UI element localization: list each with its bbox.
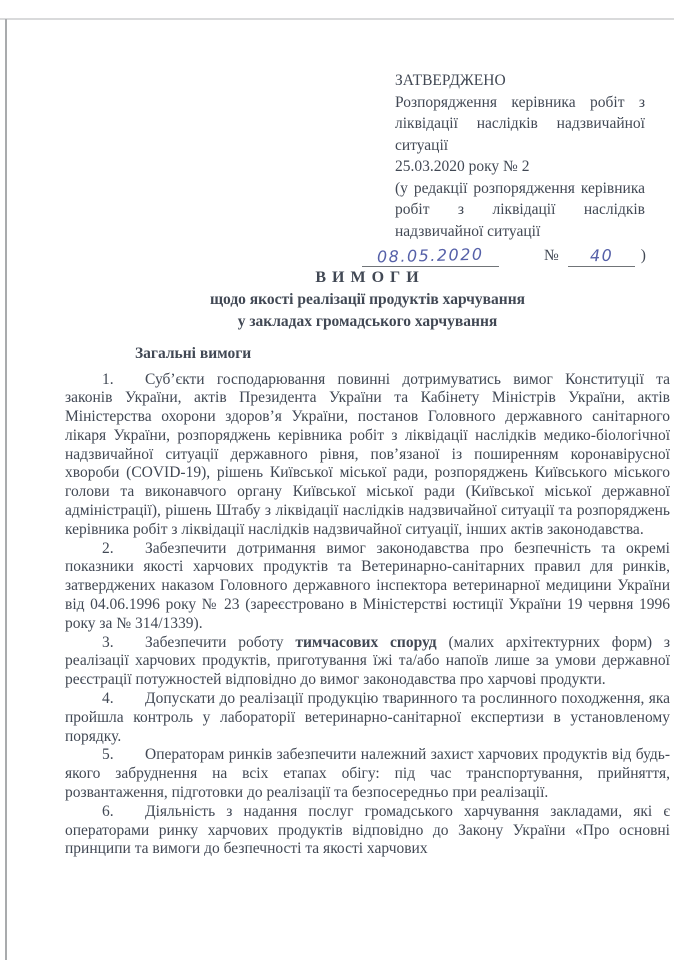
scan-edge-left [5, 19, 7, 960]
paragraph-text: Забезпечити дотримання вимог законодавст… [65, 540, 670, 632]
paragraph-text: Діяльність з надання послуг громадського… [65, 803, 670, 858]
paragraph: 2.Забезпечити дотримання вимог законодав… [65, 540, 670, 634]
paragraph-text: Операторам ринків забезпечити належний з… [65, 746, 670, 801]
handwritten-number-line: 40 [568, 246, 635, 267]
approval-label: ЗАТВЕРДЖЕНО [395, 70, 645, 92]
approval-order-date: 25.03.2020 року № 2 [395, 156, 645, 178]
number-sign: № [544, 247, 559, 264]
handwritten-date-line: 08.05.2020 [362, 246, 499, 267]
paragraph: 4.Допускати до реалізації продукцію твар… [65, 690, 670, 746]
paragraph-text: Суб’єкти господарювання повинні дотримув… [65, 371, 670, 538]
paragraph-number: 4. [102, 690, 145, 709]
paragraph-text: Допускати до реалізації продукцію тварин… [65, 690, 670, 745]
title-block: В И М О Г И щодо якості реалізації проду… [65, 267, 670, 333]
document-subtitle-line1: щодо якості реалізації продуктів харчува… [65, 289, 670, 311]
paragraph-number: 6. [102, 803, 145, 822]
document-content: ЗАТВЕРДЖЕНО Розпорядження керівника робі… [65, 70, 670, 859]
scan-edge-top [0, 18, 674, 20]
handwritten-row: 08.05.2020№40) [362, 245, 645, 267]
paragraph-list: 1.Суб’єкти господарювання повинні дотрим… [65, 371, 670, 860]
paragraph: 6.Діяльність з надання послуг громадсько… [65, 803, 670, 859]
handwritten-date: 08.05.2020 [377, 243, 484, 267]
approval-revision-reference: (у редакції розпорядження керівника робі… [395, 178, 645, 243]
section-heading: Загальні вимоги [135, 344, 670, 363]
paragraph-number: 5. [102, 746, 145, 765]
document-subtitle-line2: у закладах громадського харчування [65, 311, 670, 333]
document-page: ЗАТВЕРДЖЕНО Розпорядження керівника робі… [0, 0, 674, 960]
closing-paren: ) [641, 247, 646, 264]
paragraph-bold-text: тимчасових споруд [295, 634, 436, 651]
paragraph-text: Забезпечити роботу [145, 634, 295, 651]
paragraph-number: 2. [102, 540, 145, 559]
handwritten-number: 40 [589, 244, 613, 266]
paragraph-number: 1. [102, 371, 145, 390]
approval-block: ЗАТВЕРДЖЕНО Розпорядження керівника робі… [395, 70, 645, 267]
document-title: В И М О Г И [65, 267, 670, 289]
paragraph: 3.Забезпечити роботу тимчасових споруд (… [65, 634, 670, 690]
paragraph: 5.Операторам ринків забезпечити належний… [65, 746, 670, 802]
paragraph-number: 3. [102, 634, 145, 653]
approval-order-reference: Розпорядження керівника робіт з ліквідац… [395, 92, 645, 157]
paragraph: 1.Суб’єкти господарювання повинні дотрим… [65, 371, 670, 540]
